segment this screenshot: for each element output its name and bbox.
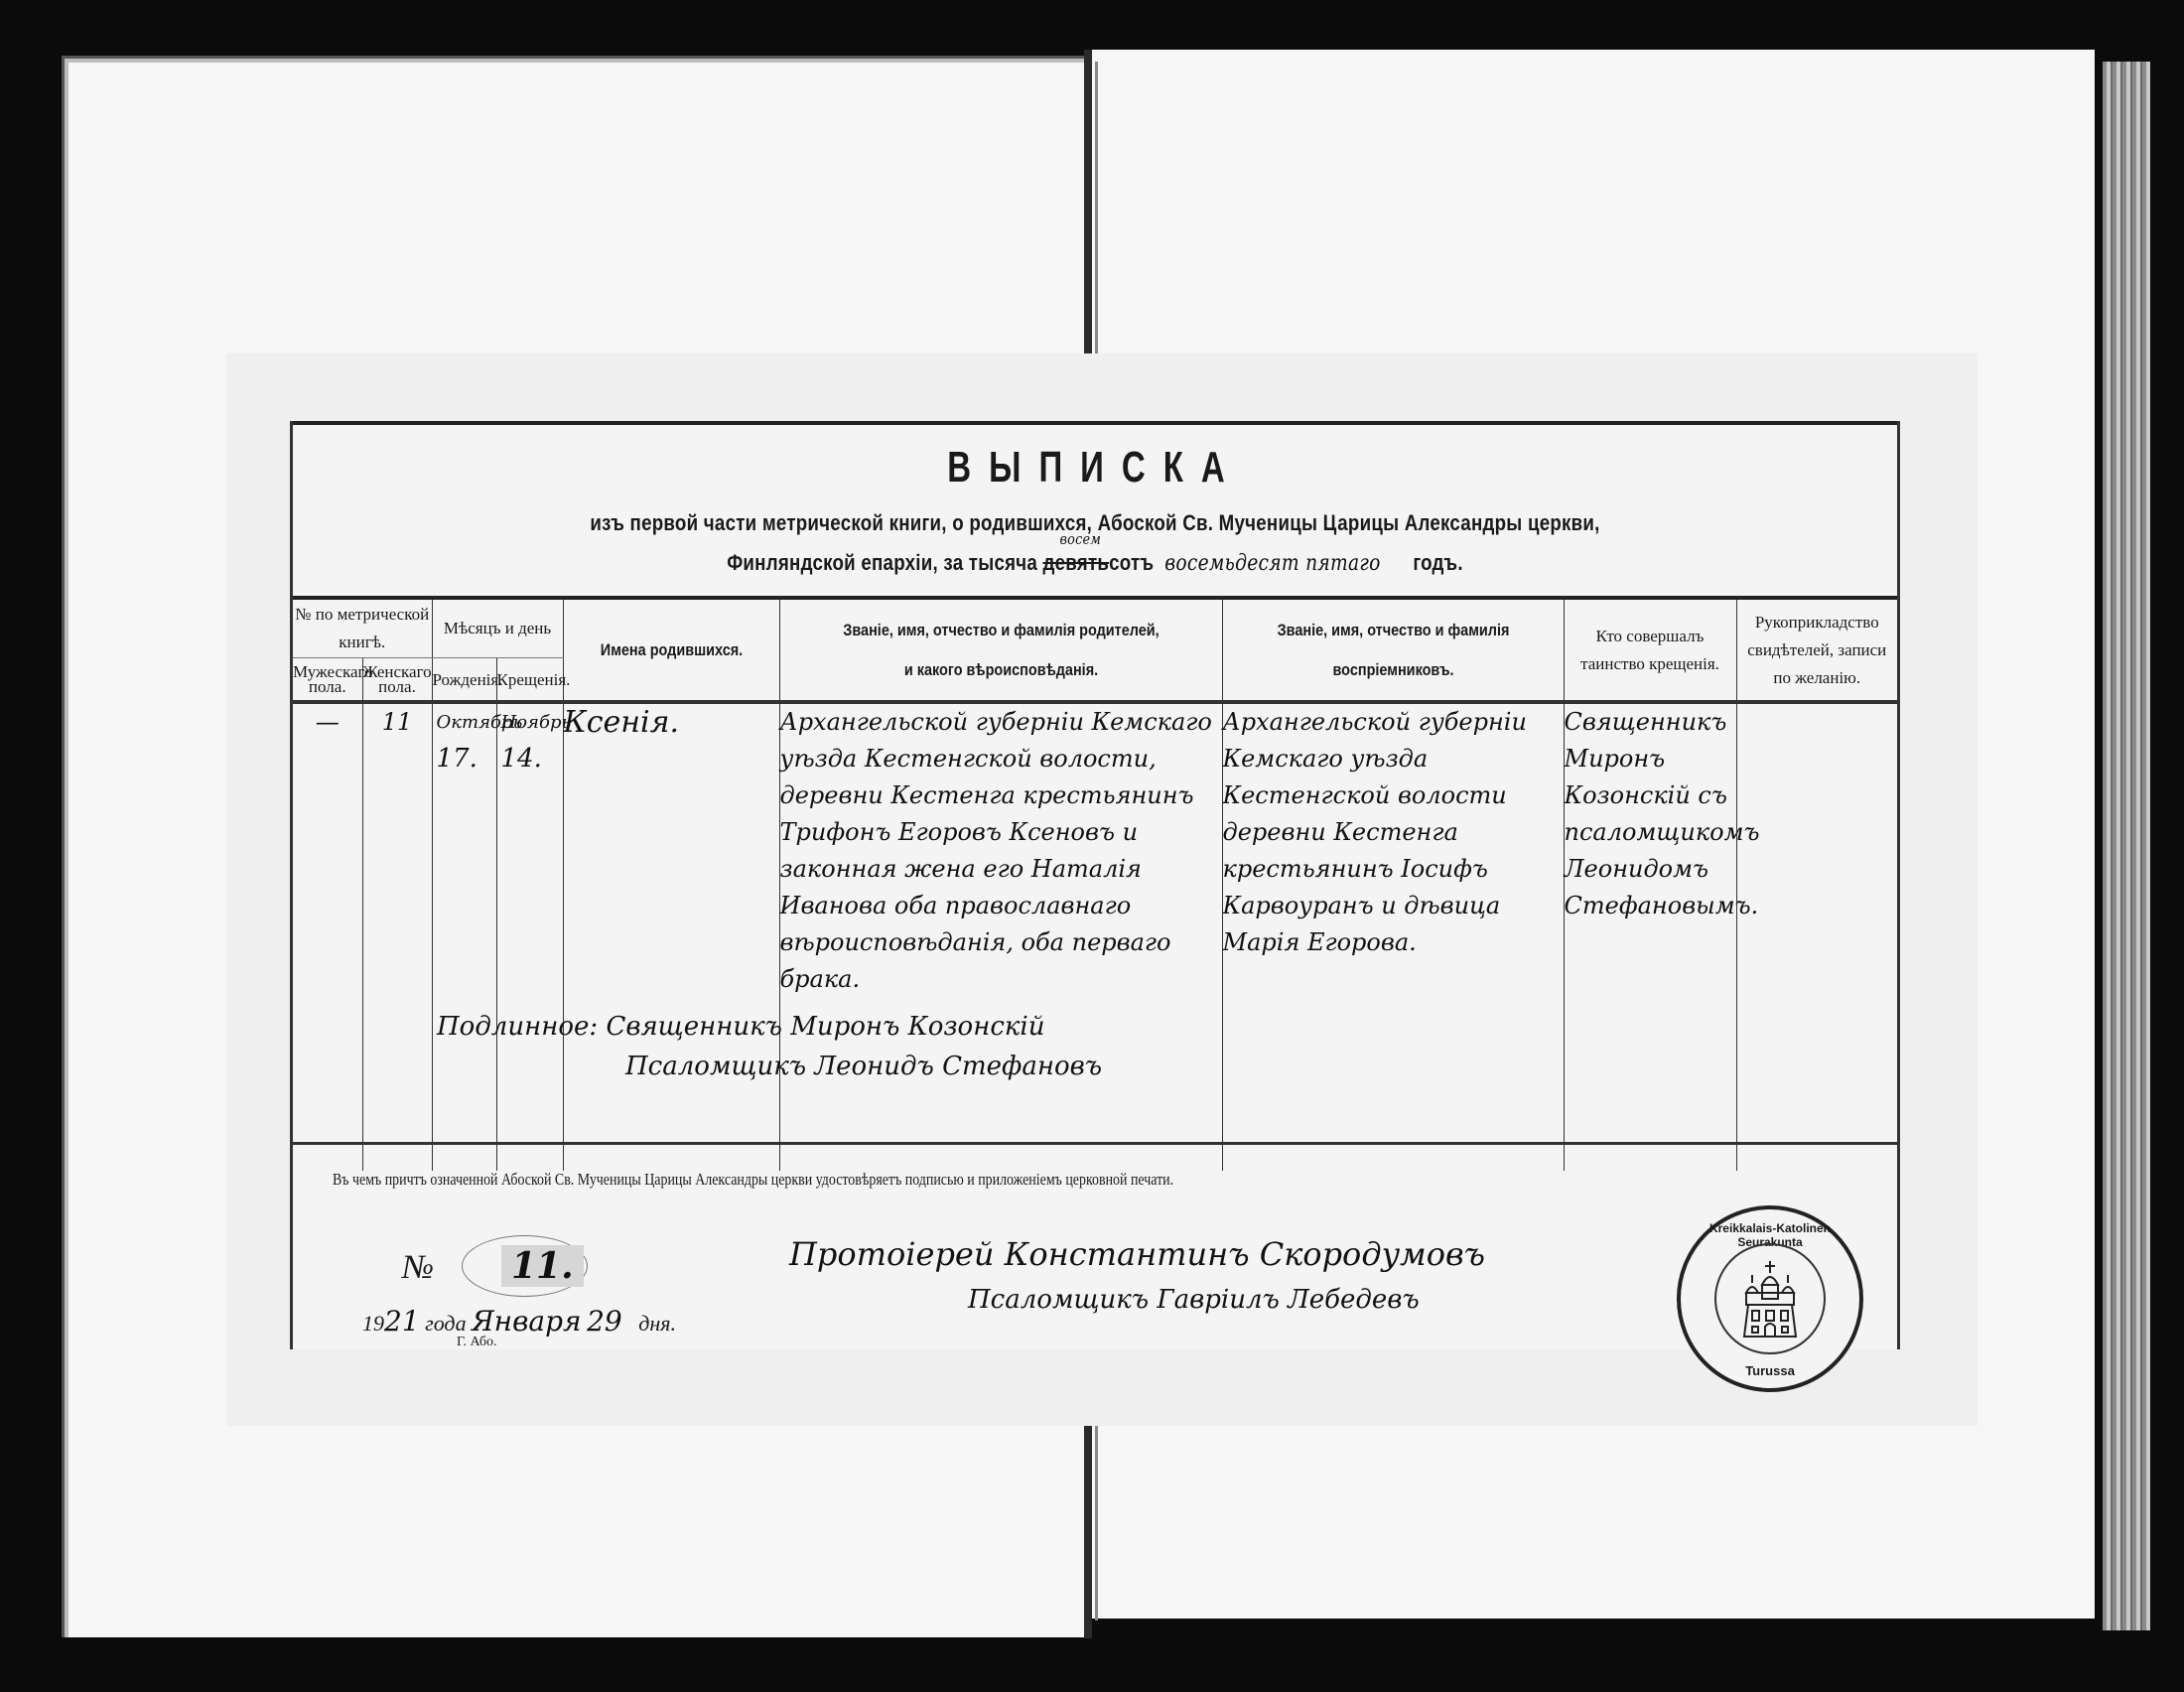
year-handwritten: 21 [384,1305,420,1338]
subtitle-line-2: Финляндской епархіи, за тысяча восемдевя… [413,550,1777,576]
church-icon [1738,1259,1802,1339]
cell-female-no: 11 [362,702,432,1171]
subtitle-suffix: годъ. [1413,550,1462,575]
signed-line-2: Псаломщикъ Леонидъ Стефановъ [437,1052,1102,1081]
cell-male-no: — [293,702,362,1171]
goda-label: года [425,1311,466,1336]
header-parents: Званіе, имя, отчество и фамилія родителе… [779,600,1222,702]
handwritten-year: восемьдесят пятаго [1164,551,1380,576]
cell-performed-by: Священникъ Миронъ Козонскій съ псаломщик… [1564,702,1736,1171]
place: Г. Або. [457,1335,497,1350]
dnya-label: дня. [638,1311,676,1336]
number-label: № [402,1249,434,1287]
cell-birth: Октябрь 17. [432,702,496,1171]
header-parents-line2: и какого вѣроисповѣданія. [813,650,1188,690]
signed-label: Подлинное: [437,1012,598,1042]
signature-priest: Протоіерей Константинъ Скородумовъ [789,1235,1485,1273]
year-printed: 19 [362,1311,384,1336]
signed-original: Подлинное: Священникъ Миронъ Козонскій П… [437,1007,1102,1086]
header-names-text: Имена родившихся. [580,631,762,670]
seal-bottom-text: Turussa [1681,1363,1859,1378]
header-parents-line1: Званіе, имя, отчество и фамилія родителе… [813,611,1188,650]
seal-inner-ring [1714,1243,1826,1354]
header-godparents-line1: Званіе, имя, отчество и фамилія [1248,611,1538,650]
struck-text: девять [1042,550,1109,575]
cell-name: Ксенія. [563,702,779,1171]
baptism-month: Ноябрь [501,704,563,741]
header-baptism: Крещенія. [496,658,563,703]
month-handwritten: Января [472,1305,582,1338]
number-value: 11. [501,1245,584,1287]
day-handwritten: 29 [587,1305,622,1338]
church-seal: Kreikkalais-Katolinen Seurakunta [1677,1205,1863,1392]
footer-rule [293,1142,1897,1145]
baptism-day: 14. [501,741,563,777]
cell-godparents: Архангельской губерніи Кемскаго уѣзда Ке… [1222,702,1564,1171]
top-rule [293,421,1897,425]
extract-form: ВЫПИСКА изъ первой части метрической кни… [290,421,1900,1349]
cell-baptism: Ноябрь 14. [496,702,563,1171]
cell-parents: Архангельской губерніи Кемскаго уѣзда Ке… [779,702,1222,1171]
table-row: — 11 Октябрь 17. Ноябрь 14. Ксенія. Арха… [293,702,1897,1171]
birth-month: Октябрь [437,704,496,741]
header-birth: Рожденія. [432,658,496,703]
header-male: Мужескаго пола. [293,658,362,703]
birth-day: 17. [437,741,496,777]
subtitle-sot: сотъ [1109,550,1154,575]
document-number: № 11. [402,1235,601,1299]
header-month-day: Мѣсяцъ и день [432,600,563,658]
page-edges [2103,62,2150,1630]
issue-date: 1921 года Января 29 дня. [362,1305,676,1338]
header-names: Имена родившихся. [563,600,779,702]
correction-above: восем [1059,530,1101,548]
struck-word: восемдевять [1042,550,1109,575]
subtitle-prefix: Финляндской епархіи, за тысяча [727,550,1037,575]
header-number-in-book: № по метрической книгѣ. [293,600,432,658]
header-performed-by: Кто совершалъ таинство крещенія. [1564,600,1736,702]
header-witness-signatures: Рукоприкладство свидѣтелей, записи по же… [1736,600,1897,702]
document-title: ВЫПИСКА [493,443,1697,493]
signed-line-1: Священникъ Миронъ Козонскій [606,1012,1044,1042]
header-godparents: Званіе, имя, отчество и фамилія воспріем… [1222,600,1564,702]
cell-witnesses [1736,702,1897,1171]
header-female: Женскаго пола. [362,658,432,703]
certification-text: Въ чемъ причтъ означенной Абоской Св. Му… [333,1170,1173,1190]
header-godparents-line2: воспріемниковъ. [1248,650,1538,690]
signature-psalmist: Псаломщикъ Гавріилъ Лебедевъ [968,1285,1420,1315]
